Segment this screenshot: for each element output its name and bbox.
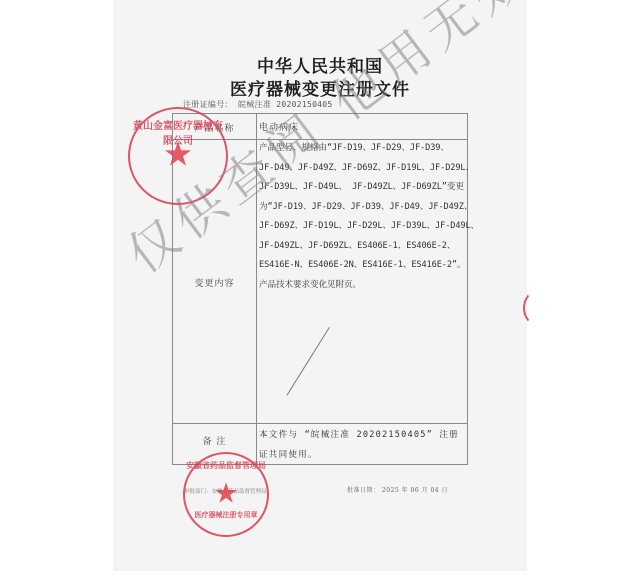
- change-line: 产品技术要求变化见附页。: [259, 276, 465, 296]
- product-name-value: 电动病床: [259, 120, 299, 133]
- title-country: 中华人民共和国: [0, 52, 640, 77]
- change-line: JF-D49、JF-D49Z、JF-D69Z、JF-D19L、JF-D29L、: [259, 159, 465, 179]
- change-line: JF-D49ZL、JF-D69ZL、ES406E-1、ES406E-2、: [259, 237, 465, 257]
- authority-seal-subtext: 医疗器械注册专用章: [185, 510, 267, 520]
- star-icon: ★: [163, 137, 193, 171]
- row-divider: [173, 423, 467, 424]
- registration-value: 皖械注准 20202150405: [238, 100, 333, 109]
- title-document: 医疗器械变更注册文件: [0, 75, 640, 100]
- registration-number: 注册证编号： 皖械注准 20202150405: [183, 99, 333, 110]
- authority-seal: 安徽省药品监督管理局 ★ 医疗器械注册专用章: [183, 452, 269, 537]
- change-line: JF-D69Z、JF-D19L、JF-D29L、JF-D39L、JF-D49L、: [259, 217, 465, 237]
- partial-seal-edge: [523, 290, 553, 326]
- change-line: ES416E-N、ES406E-2N、ES416E-1、ES416E-2”。: [259, 256, 465, 276]
- remarks-line: 本文件与 “皖械注准 20202150405” 注册: [259, 426, 465, 446]
- change-line: 为“JF-D19、JF-D29、JF-D39、JF-D49、JF-D49Z、: [259, 198, 465, 218]
- remarks-text: 本文件与 “皖械注准 20202150405” 注册 证共同使用。: [259, 426, 465, 465]
- approval-date: 2025 年 06 月 04 日: [382, 487, 448, 494]
- approval-date-block: 批准日期： 2025 年 06 月 04 日: [347, 485, 448, 494]
- column-divider: [256, 114, 257, 464]
- approval-date-label: 批准日期：: [347, 487, 380, 494]
- change-content-label: 变更内容: [173, 276, 256, 289]
- star-icon: ★: [213, 479, 238, 507]
- company-seal: 黄山金富医疗器械有限公司 ★: [128, 107, 228, 205]
- remarks-label: 备 注: [173, 434, 256, 447]
- remarks-line: 证共同使用。: [259, 446, 465, 466]
- change-line: 产品型号、规格由“JF-D19、JF-D29、JF-D39、: [259, 139, 465, 159]
- change-content-text: 产品型号、规格由“JF-D19、JF-D29、JF-D39、 JF-D49、JF…: [259, 139, 465, 295]
- authority-seal-text: 安徽省药品监督管理局: [185, 460, 267, 471]
- change-line: JF-D39L、JF-D49L、 JF-D49ZL、JF-D69ZL”变更: [259, 178, 465, 198]
